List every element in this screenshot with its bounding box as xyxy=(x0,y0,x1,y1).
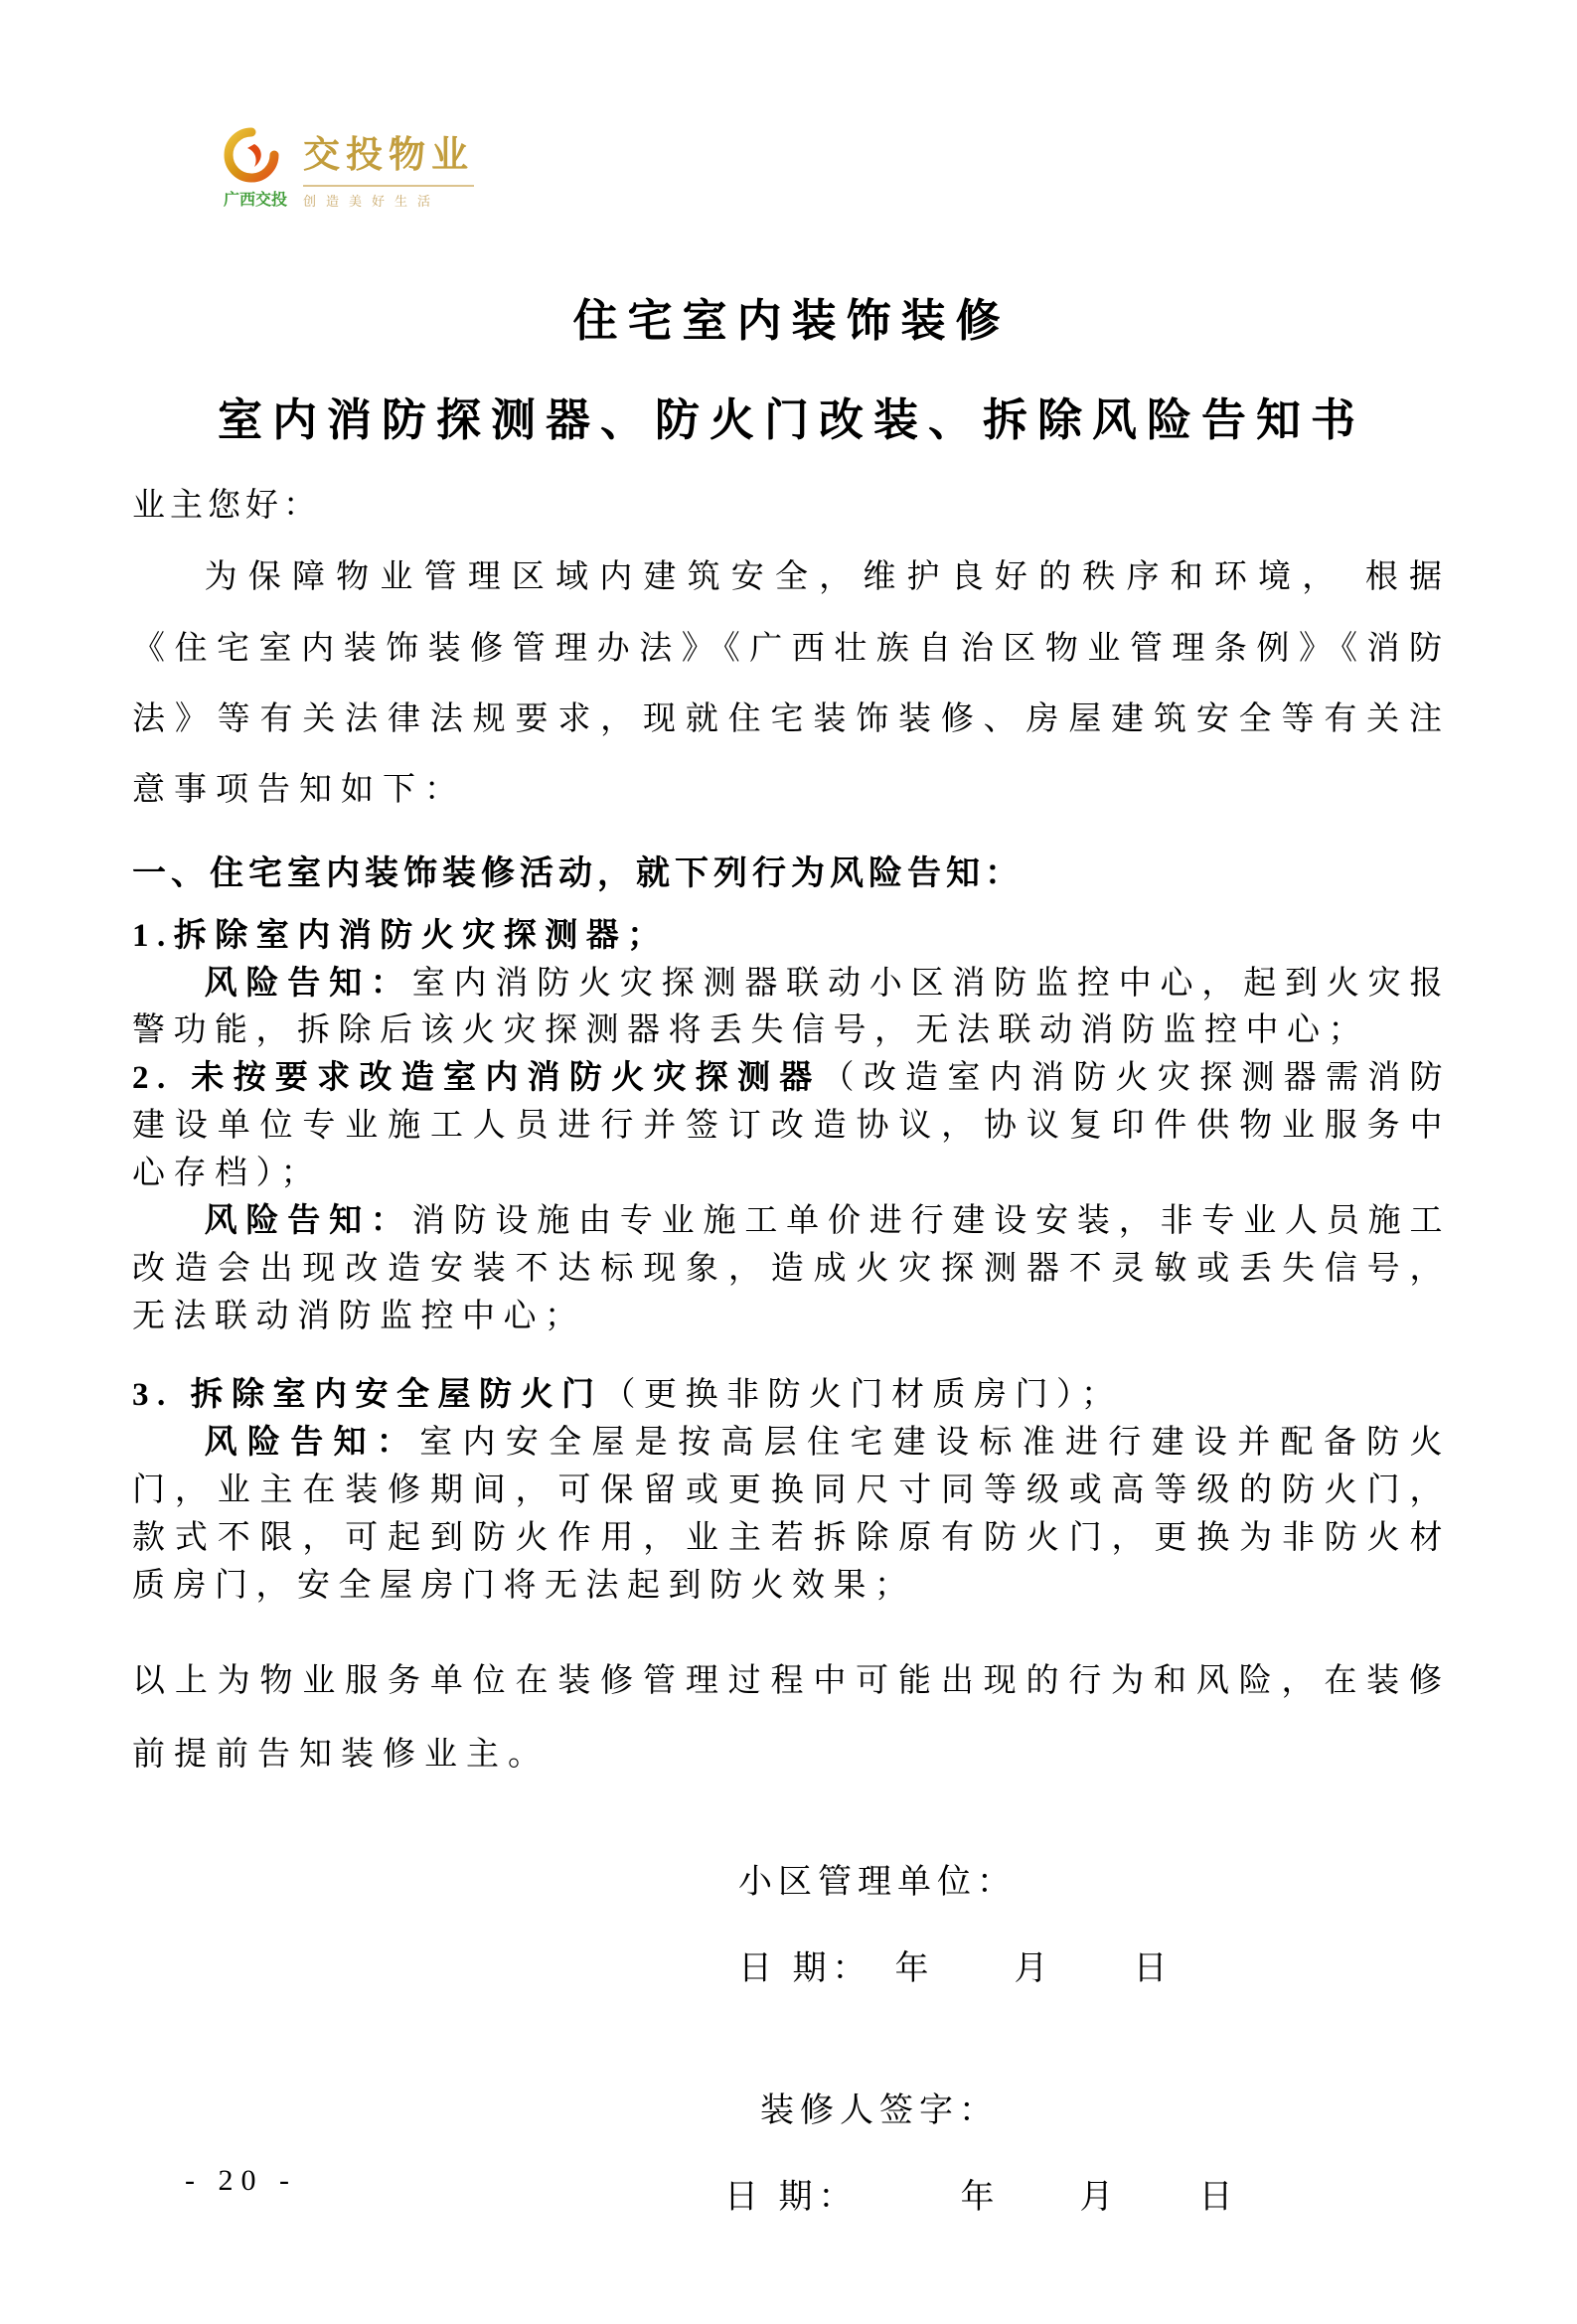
page-number: - 20 - xyxy=(185,2164,297,2198)
manager-signature-label: 小区管理单位： xyxy=(738,1854,1451,1903)
logo-title: 交投物业 xyxy=(303,136,474,175)
document-page: 交投物业 广西交投 创造美好生活 住宅室内装饰装修 室内消防探测器、防火门改装、… xyxy=(0,0,1577,2324)
item-1-risk-paragraph: 风险告知：室内消防火灾探测器联动小区消防监控中心，起到火灾报警功能，拆除后该火灾… xyxy=(132,961,1451,1056)
phoenix-swirl-icon xyxy=(224,127,279,183)
renovator-signature-block: 装修人签字： 日 期： 年 月 日 xyxy=(724,2083,1451,2218)
manager-signature-date-line: 日 期： 年 月 日 xyxy=(738,1940,1451,1989)
item-2-heading: 2. 未按要求改造室内消防火灾探测器（改造室内消防火灾探测器需消防建设单位专业施… xyxy=(132,1055,1451,1198)
item-2-risk-paragraph: 风险告知：消防设施由专业施工单价进行建设安装，非专业人员施工改造会出现改造安装不… xyxy=(132,1198,1451,1341)
renovator-signature-label: 装修人签字： xyxy=(724,2083,1451,2131)
item-3-heading: 3. 拆除室内安全屋防火门（更换非防火门材质房门）； xyxy=(132,1372,1451,1420)
doc-title-line1: 住宅室内装饰装修 xyxy=(132,293,1451,349)
item-3-heading-bold: 3. 拆除室内安全屋防火门 xyxy=(132,1377,603,1413)
logo-badge: 广西交投 xyxy=(224,187,287,210)
greeting-line: 业主您好： xyxy=(132,485,1451,528)
renovator-signature-date-line: 日 期： 年 月 日 xyxy=(724,2169,1451,2218)
logo-tagline: 创造美好生活 xyxy=(303,185,474,210)
item-3-risk-paragraph: 风险告知：室内安全屋是按高层住宅建设标准进行建设并配备防火门，业主在装修期间，可… xyxy=(132,1420,1451,1610)
intro-paragraph: 为保障物业管理区域内建筑安全，维护良好的秩序和环境， 根据《住宅室内装饰装修管理… xyxy=(132,542,1451,826)
risk-items: 1.拆除室内消防火灾探测器； 风险告知：室内消防火灾探测器联动小区消防监控中心，… xyxy=(132,913,1451,1611)
doc-title-line2: 室内消防探测器、防火门改装、拆除风险告知书 xyxy=(132,392,1451,448)
item-1-heading: 1.拆除室内消防火灾探测器； xyxy=(132,913,1451,961)
item-1-heading-bold: 1.拆除室内消防火灾探测器； xyxy=(132,918,669,954)
item-1-risk-label: 风险告知： xyxy=(205,966,412,1002)
item-3-heading-rest: （更换非防火门材质房门）； xyxy=(603,1377,1123,1413)
manager-signature-block: 小区管理单位： 日 期： 年 月 日 xyxy=(738,1854,1451,1989)
company-logo: 交投物业 广西交投 创造美好生活 xyxy=(224,127,474,210)
item-2-heading-bold: 2. 未按要求改造室内消防火灾探测器 xyxy=(132,1060,822,1096)
item-3-risk-label: 风险告知： xyxy=(205,1425,420,1461)
closing-paragraph: 以上为物业服务单位在装修管理过程中可能出现的行为和风险，在装修前提前告知装修业主… xyxy=(132,1644,1451,1793)
section-one-heading: 一、住宅室内装饰装修活动，就下列行为风险告知： xyxy=(132,850,1451,898)
item-2-risk-label: 风险告知： xyxy=(205,1203,412,1239)
